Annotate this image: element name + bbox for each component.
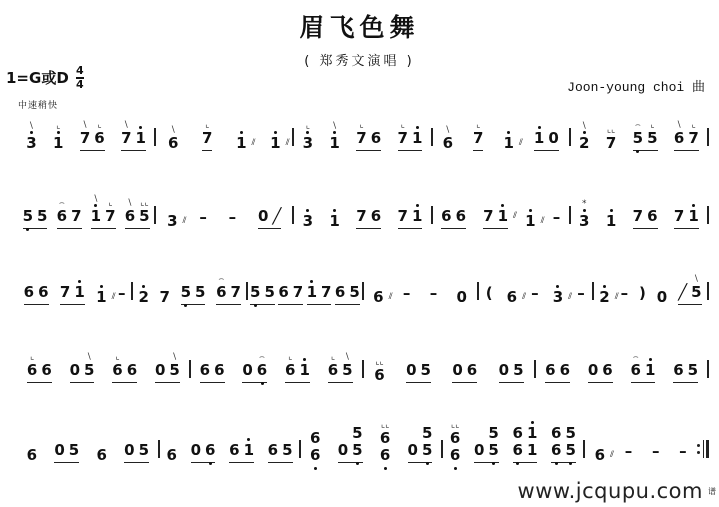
low-dot	[454, 467, 457, 470]
thick-bar	[706, 440, 709, 458]
note: ⌢6	[216, 274, 226, 301]
site-watermark: www.jcqupu.com	[518, 479, 703, 503]
note: 1	[412, 204, 422, 225]
note-value: 7	[105, 208, 115, 225]
key-label: 1=G或D	[6, 67, 69, 88]
note-value: 5	[422, 425, 432, 442]
note-value: 0	[499, 362, 509, 379]
note-value: 6	[112, 362, 122, 379]
note: 6	[560, 362, 570, 379]
key-signature: 1=G或D 4 4	[6, 66, 84, 90]
note-value: 1	[525, 213, 535, 230]
beam-group: \7 ⌞6	[80, 120, 105, 151]
tremolo-icon: ⫽	[252, 135, 256, 152]
beam-group: 71⫽	[483, 204, 508, 229]
note-value: 1	[270, 135, 280, 152]
note: ⌢5	[633, 120, 643, 147]
note: 0	[457, 289, 467, 306]
chord: 55	[565, 425, 575, 459]
measure: 6⫽ – – 0	[364, 262, 477, 306]
note-value: 0	[124, 442, 134, 459]
note: 6	[38, 284, 48, 301]
note: 6	[214, 362, 224, 379]
note: \5	[342, 352, 352, 379]
note: ⌞⌞7	[606, 125, 616, 152]
note-value: 6	[310, 447, 320, 464]
low-dot	[636, 150, 639, 153]
note-value: 5	[565, 442, 575, 459]
note-value: 6	[380, 430, 390, 447]
note: 6	[673, 362, 683, 379]
note: \5	[84, 352, 94, 379]
note: 6	[27, 447, 37, 464]
note-value: 5	[688, 362, 698, 379]
beam-group: 055	[474, 425, 499, 463]
tremolo-icon: ⫽	[519, 135, 523, 152]
note-value: 1	[53, 135, 63, 152]
note: 5	[349, 284, 359, 301]
beam-group: 76	[356, 208, 381, 229]
hold-dash: –	[625, 442, 633, 464]
note: 1	[412, 126, 422, 147]
low-dot	[384, 467, 387, 470]
note-value: 1	[527, 442, 537, 459]
note-value: 6	[310, 430, 320, 447]
note-value: 5	[633, 130, 643, 147]
beam-group: ⌞71	[398, 120, 423, 151]
note-value: 6	[673, 362, 683, 379]
beam-group: 61	[229, 438, 254, 463]
chord: 66	[310, 430, 320, 464]
note-value: 6	[513, 425, 523, 442]
note: 6	[545, 362, 555, 379]
note: 5	[513, 362, 523, 379]
note-value: 0	[548, 130, 558, 147]
note: ⌞7	[398, 120, 408, 147]
note: 0	[124, 442, 134, 459]
note-value: 7	[473, 130, 483, 147]
note: ⌞6	[112, 352, 122, 379]
note: ⌞⌞6	[374, 357, 384, 384]
note: ╱	[678, 284, 687, 301]
note-value: 5	[69, 442, 79, 459]
measure: 66 71⫽ 1⫽ –	[433, 186, 569, 230]
note: 6	[647, 208, 657, 225]
note-value: 5	[37, 208, 47, 225]
note-value: 5	[282, 442, 292, 459]
beam-group: 55	[250, 284, 275, 305]
note-value: 7	[160, 289, 170, 306]
note: 0	[474, 442, 484, 459]
note-value: 7	[121, 130, 131, 147]
note-value: 6	[41, 362, 51, 379]
glide-icon: ╱	[272, 208, 281, 225]
note: 1⫽	[498, 204, 508, 225]
note: 1⫽	[270, 131, 280, 152]
note-value: 0	[242, 362, 252, 379]
note-value: 3	[167, 213, 177, 230]
note-value: 5	[488, 425, 498, 442]
note-value: 1	[91, 208, 101, 225]
note: 7	[356, 208, 366, 225]
note: ⌞7	[202, 120, 212, 147]
open-paren: (	[486, 284, 493, 306]
beam-group: 05	[406, 362, 431, 383]
note: 6	[268, 442, 278, 459]
song-title: 眉飞色舞	[0, 8, 719, 44]
note-value: 6	[168, 135, 178, 152]
hold-dash: –	[652, 442, 660, 464]
beam-group: 76	[633, 208, 658, 229]
note: \1	[91, 194, 101, 225]
note: 7	[674, 208, 684, 225]
note: 1	[74, 280, 84, 301]
note: ⌞6	[285, 352, 295, 379]
note-value: 0	[657, 289, 667, 306]
note: ⌞7	[105, 198, 115, 225]
note: 0	[408, 442, 418, 459]
note-value: 2	[579, 135, 589, 152]
note: 6	[205, 442, 215, 459]
note-value: 0	[191, 442, 201, 459]
note-value: 6	[456, 208, 466, 225]
tremolo-icon: ⫽	[183, 213, 187, 230]
note-value: 1	[307, 284, 317, 301]
beam-group: ⌞66	[112, 352, 137, 383]
song-subtitle: ( 郑秀文演唱 )	[0, 50, 719, 69]
note: 7	[398, 208, 408, 225]
chord: 11	[527, 421, 537, 459]
beam-group: ╱\5	[678, 274, 701, 305]
hold-dash: –	[577, 284, 585, 306]
note-value: 6	[214, 362, 224, 379]
beam-group: ⌢67	[57, 198, 82, 229]
note-value: 3	[303, 213, 313, 230]
tremolo-icon: ⫽	[610, 447, 614, 464]
hold-dash: –	[199, 208, 207, 230]
beam-group: 6611	[513, 421, 538, 463]
note: 6	[229, 442, 239, 459]
note: 7	[483, 208, 493, 225]
note: 7	[60, 284, 70, 301]
note: 5	[195, 284, 205, 301]
score-row-3: 66 71 1⫽ – 2 7 55 ⌢67 55 67 17 65 6⫽ – –…	[18, 262, 709, 306]
measure: 66 06 ⌢61 65	[536, 340, 707, 384]
note-value: 6	[513, 442, 523, 459]
beam-group: 05	[54, 442, 79, 463]
time-signature: 4 4	[76, 66, 84, 90]
measure: 55 67 17 65	[248, 262, 361, 306]
note: 1⫽	[96, 285, 106, 306]
beam-group: 67	[278, 284, 303, 305]
ornament-icon: \	[30, 121, 33, 131]
note: ⌞7	[356, 120, 366, 147]
note: 6	[167, 447, 177, 464]
note-value: 6	[38, 284, 48, 301]
hold-dash: –	[403, 284, 411, 306]
measure: 6 05 6 05	[18, 420, 158, 464]
note: 0	[499, 362, 509, 379]
beam-group: 71	[60, 280, 85, 305]
chord: 66	[551, 425, 561, 459]
note: 0	[338, 442, 348, 459]
note: ⌞6	[27, 352, 37, 379]
low-dot	[209, 462, 212, 465]
beam-group: ⌢67	[216, 274, 241, 305]
time-denominator: 4	[76, 80, 84, 90]
note: 1	[299, 358, 309, 379]
note-value: 7	[483, 208, 493, 225]
measure: *3 1 76 71	[571, 186, 707, 230]
note: ⌢6	[257, 352, 267, 379]
note: 0	[191, 442, 201, 459]
note: 3	[303, 209, 313, 230]
note-value: 6	[602, 362, 612, 379]
note-value: 6	[674, 130, 684, 147]
note: 1	[136, 126, 146, 147]
note: \6	[443, 125, 453, 152]
note: \2	[579, 121, 589, 152]
note: 3⫽	[553, 285, 563, 306]
note-value: 5	[181, 284, 191, 301]
beam-group: ⌢61	[631, 352, 656, 383]
beam-group: 17	[307, 280, 332, 305]
note-value: 5	[195, 284, 205, 301]
note-value: 6	[647, 208, 657, 225]
note-value: 5	[422, 442, 432, 459]
close-paren: )	[639, 284, 646, 306]
note: 6	[371, 208, 381, 225]
beam-group: 66	[24, 284, 49, 305]
note-value: 1	[299, 362, 309, 379]
note: \6	[674, 120, 684, 147]
note-value: 5	[264, 284, 274, 301]
note: 5	[37, 208, 47, 225]
note-value: 6	[94, 130, 104, 147]
note-value: 3	[579, 213, 589, 230]
note-value: 0	[70, 362, 80, 379]
note-value: 5	[647, 130, 657, 147]
chord: ⌞⌞66	[380, 420, 390, 464]
note-value: 6	[268, 442, 278, 459]
beam-group: 10	[534, 126, 559, 151]
note-value: 6	[371, 130, 381, 147]
note-value: 1	[74, 284, 84, 301]
score-row-4: ⌞66 0\5 ⌞66 0\5 66 0⌢6 ⌞61 ⌞6\5 ⌞⌞6 05 0…	[18, 340, 709, 384]
low-dot	[516, 462, 519, 465]
chord: 55	[488, 425, 498, 459]
measure: \3 ⌞1 \7 ⌞6 \7 1	[18, 108, 154, 152]
note-value: 1	[503, 135, 513, 152]
note: 5	[23, 208, 33, 225]
hold-dash: –	[621, 284, 629, 306]
note: \5	[691, 274, 701, 301]
note-value: 2	[599, 289, 609, 306]
note-value: 6	[57, 208, 67, 225]
note-value: 7	[356, 130, 366, 147]
note: 6	[41, 362, 51, 379]
note: \7	[121, 120, 131, 147]
hold-dash: –	[553, 208, 561, 230]
barline	[707, 282, 709, 300]
note: 0	[588, 362, 598, 379]
hold-dash: –	[531, 284, 539, 306]
note-value: 1	[96, 289, 106, 306]
low-dot	[569, 462, 572, 465]
low-dot	[492, 462, 495, 465]
note: 2⫽	[599, 285, 609, 306]
note: ⌞5	[647, 120, 657, 147]
note-value: 6	[125, 208, 135, 225]
ornament-icon: *	[582, 199, 587, 209]
beam-group: ⌞7	[473, 120, 483, 151]
note-value: 5	[349, 284, 359, 301]
low-dot	[26, 228, 29, 231]
chord: 55	[422, 425, 432, 459]
note-value: 6	[374, 367, 384, 384]
note: 1	[688, 204, 698, 225]
note: 6	[335, 284, 345, 301]
note-value: 6	[200, 362, 210, 379]
note-value: 6	[216, 284, 226, 301]
note-value: 1	[412, 130, 422, 147]
watermark-tag: 谱	[708, 486, 716, 497]
beam-group: 55	[181, 284, 206, 305]
beam-group: 66	[441, 208, 466, 229]
note-value: 1	[136, 130, 146, 147]
note-value: 2	[138, 289, 148, 306]
note-value: 7	[231, 284, 241, 301]
note: 6	[96, 447, 106, 464]
note: 5	[181, 284, 191, 301]
note-value: 7	[398, 130, 408, 147]
note: 0	[155, 362, 165, 379]
beam-group: \1⌞7	[91, 194, 116, 229]
score-row-2: 55 ⌢67 \1⌞7 \6⌞⌞5 3⫽ – – 0╱ 3 1 76 71 66…	[18, 186, 709, 230]
low-dot	[426, 462, 429, 465]
beam-group: 0\5	[70, 352, 95, 383]
measure: 2⫽ – ) 0 ╱\5	[594, 262, 707, 306]
note-value: 5	[565, 425, 575, 442]
note-value: 6	[545, 362, 555, 379]
note-value: 6	[551, 442, 561, 459]
note-value: 7	[60, 284, 70, 301]
note-value: 5	[342, 362, 352, 379]
measure: \6 ⌞7 1⫽ 1⫽	[156, 108, 292, 152]
note-value: 7	[321, 284, 331, 301]
note-value: 1	[688, 208, 698, 225]
note: 1⫽	[525, 209, 535, 230]
note-value: 6	[278, 284, 288, 301]
repeat-end-barline	[697, 440, 710, 458]
note: 1⫽	[503, 131, 513, 152]
note: 1	[645, 358, 655, 379]
note-value: 6	[450, 447, 460, 464]
measure: 3⫽ – – 0╱	[156, 186, 292, 230]
note: 7	[321, 284, 331, 301]
note: \3	[26, 121, 36, 152]
note: 6	[456, 208, 466, 225]
note-value: 6	[467, 362, 477, 379]
note-value: 6	[96, 447, 106, 464]
note-value: 7	[398, 208, 408, 225]
note-value: 3	[303, 135, 313, 152]
measure: ⌞3 \1 ⌞76 ⌞71	[294, 108, 430, 152]
note: 0	[657, 289, 667, 306]
note: 6⫽	[507, 289, 517, 306]
measure: 66 0⌢6 ⌞61 ⌞6\5	[191, 340, 362, 384]
note: 7	[231, 284, 241, 301]
measure: \2 ⌞⌞7 ⌢5⌞5 \6⌞7	[571, 108, 707, 152]
ornament-icon: \	[583, 121, 586, 131]
chord: 66	[513, 425, 523, 459]
note: 6	[602, 362, 612, 379]
note: 0	[548, 130, 558, 147]
note-value: 5	[513, 362, 523, 379]
beam-group: 06	[191, 442, 216, 463]
note: ⌞7	[688, 120, 698, 147]
note: ⌞3	[303, 121, 313, 152]
note-value: 5	[250, 284, 260, 301]
note-value: 1	[527, 425, 537, 442]
beam-group: 66	[200, 362, 225, 383]
time-numerator: 4	[76, 66, 84, 76]
beam-group: ⌢5⌞5	[633, 120, 658, 151]
note-value: 0	[452, 362, 462, 379]
hold-dash: –	[118, 284, 126, 306]
beam-group: 06	[452, 362, 477, 383]
note: 5	[282, 442, 292, 459]
beam-group: 0╱	[258, 208, 281, 229]
note-value: 6	[328, 362, 338, 379]
note: 5	[421, 362, 431, 379]
note: 6	[371, 130, 381, 147]
tremolo-icon: ⫽	[389, 289, 393, 306]
score-row-1: \3 ⌞1 \7 ⌞6 \7 1 \6 ⌞7 1⫽ 1⫽ ⌞3 \1 ⌞76 ⌞…	[18, 108, 709, 152]
beam-group: 71	[398, 204, 423, 229]
note-value: 5	[352, 425, 362, 442]
note: \7	[80, 120, 90, 147]
note: 1⫽	[236, 131, 246, 152]
note: ⌢6	[631, 352, 641, 379]
note-value: 5	[691, 284, 701, 301]
note: 1	[534, 126, 544, 147]
beam-group: 55	[23, 208, 48, 229]
note-value: 7	[71, 208, 81, 225]
glide-icon: ╱	[678, 284, 687, 301]
low-dot	[184, 304, 187, 307]
beam-group: 055	[338, 425, 363, 463]
ornament-icon: \	[94, 194, 97, 204]
note: ⌞6	[328, 352, 338, 379]
beam-group: 71	[674, 204, 699, 229]
measure: ⌞⌞6 05 06 05	[364, 340, 535, 384]
thin-bar	[703, 440, 705, 458]
note-value: 5	[84, 362, 94, 379]
beam-group: \6⌞7	[674, 120, 699, 151]
beam-group: ⌞6\5	[328, 352, 353, 383]
note: 0	[452, 362, 462, 379]
beam-group: 05	[124, 442, 149, 463]
note-value: 7	[80, 130, 90, 147]
composer-credit: Joon-young choi 曲	[567, 76, 705, 95]
note-value: 7	[606, 135, 616, 152]
note: ⌞6	[94, 120, 104, 147]
note-value: 5	[421, 362, 431, 379]
note-value: 6	[380, 447, 390, 464]
low-dot	[261, 382, 264, 385]
chord: 55	[352, 425, 362, 459]
